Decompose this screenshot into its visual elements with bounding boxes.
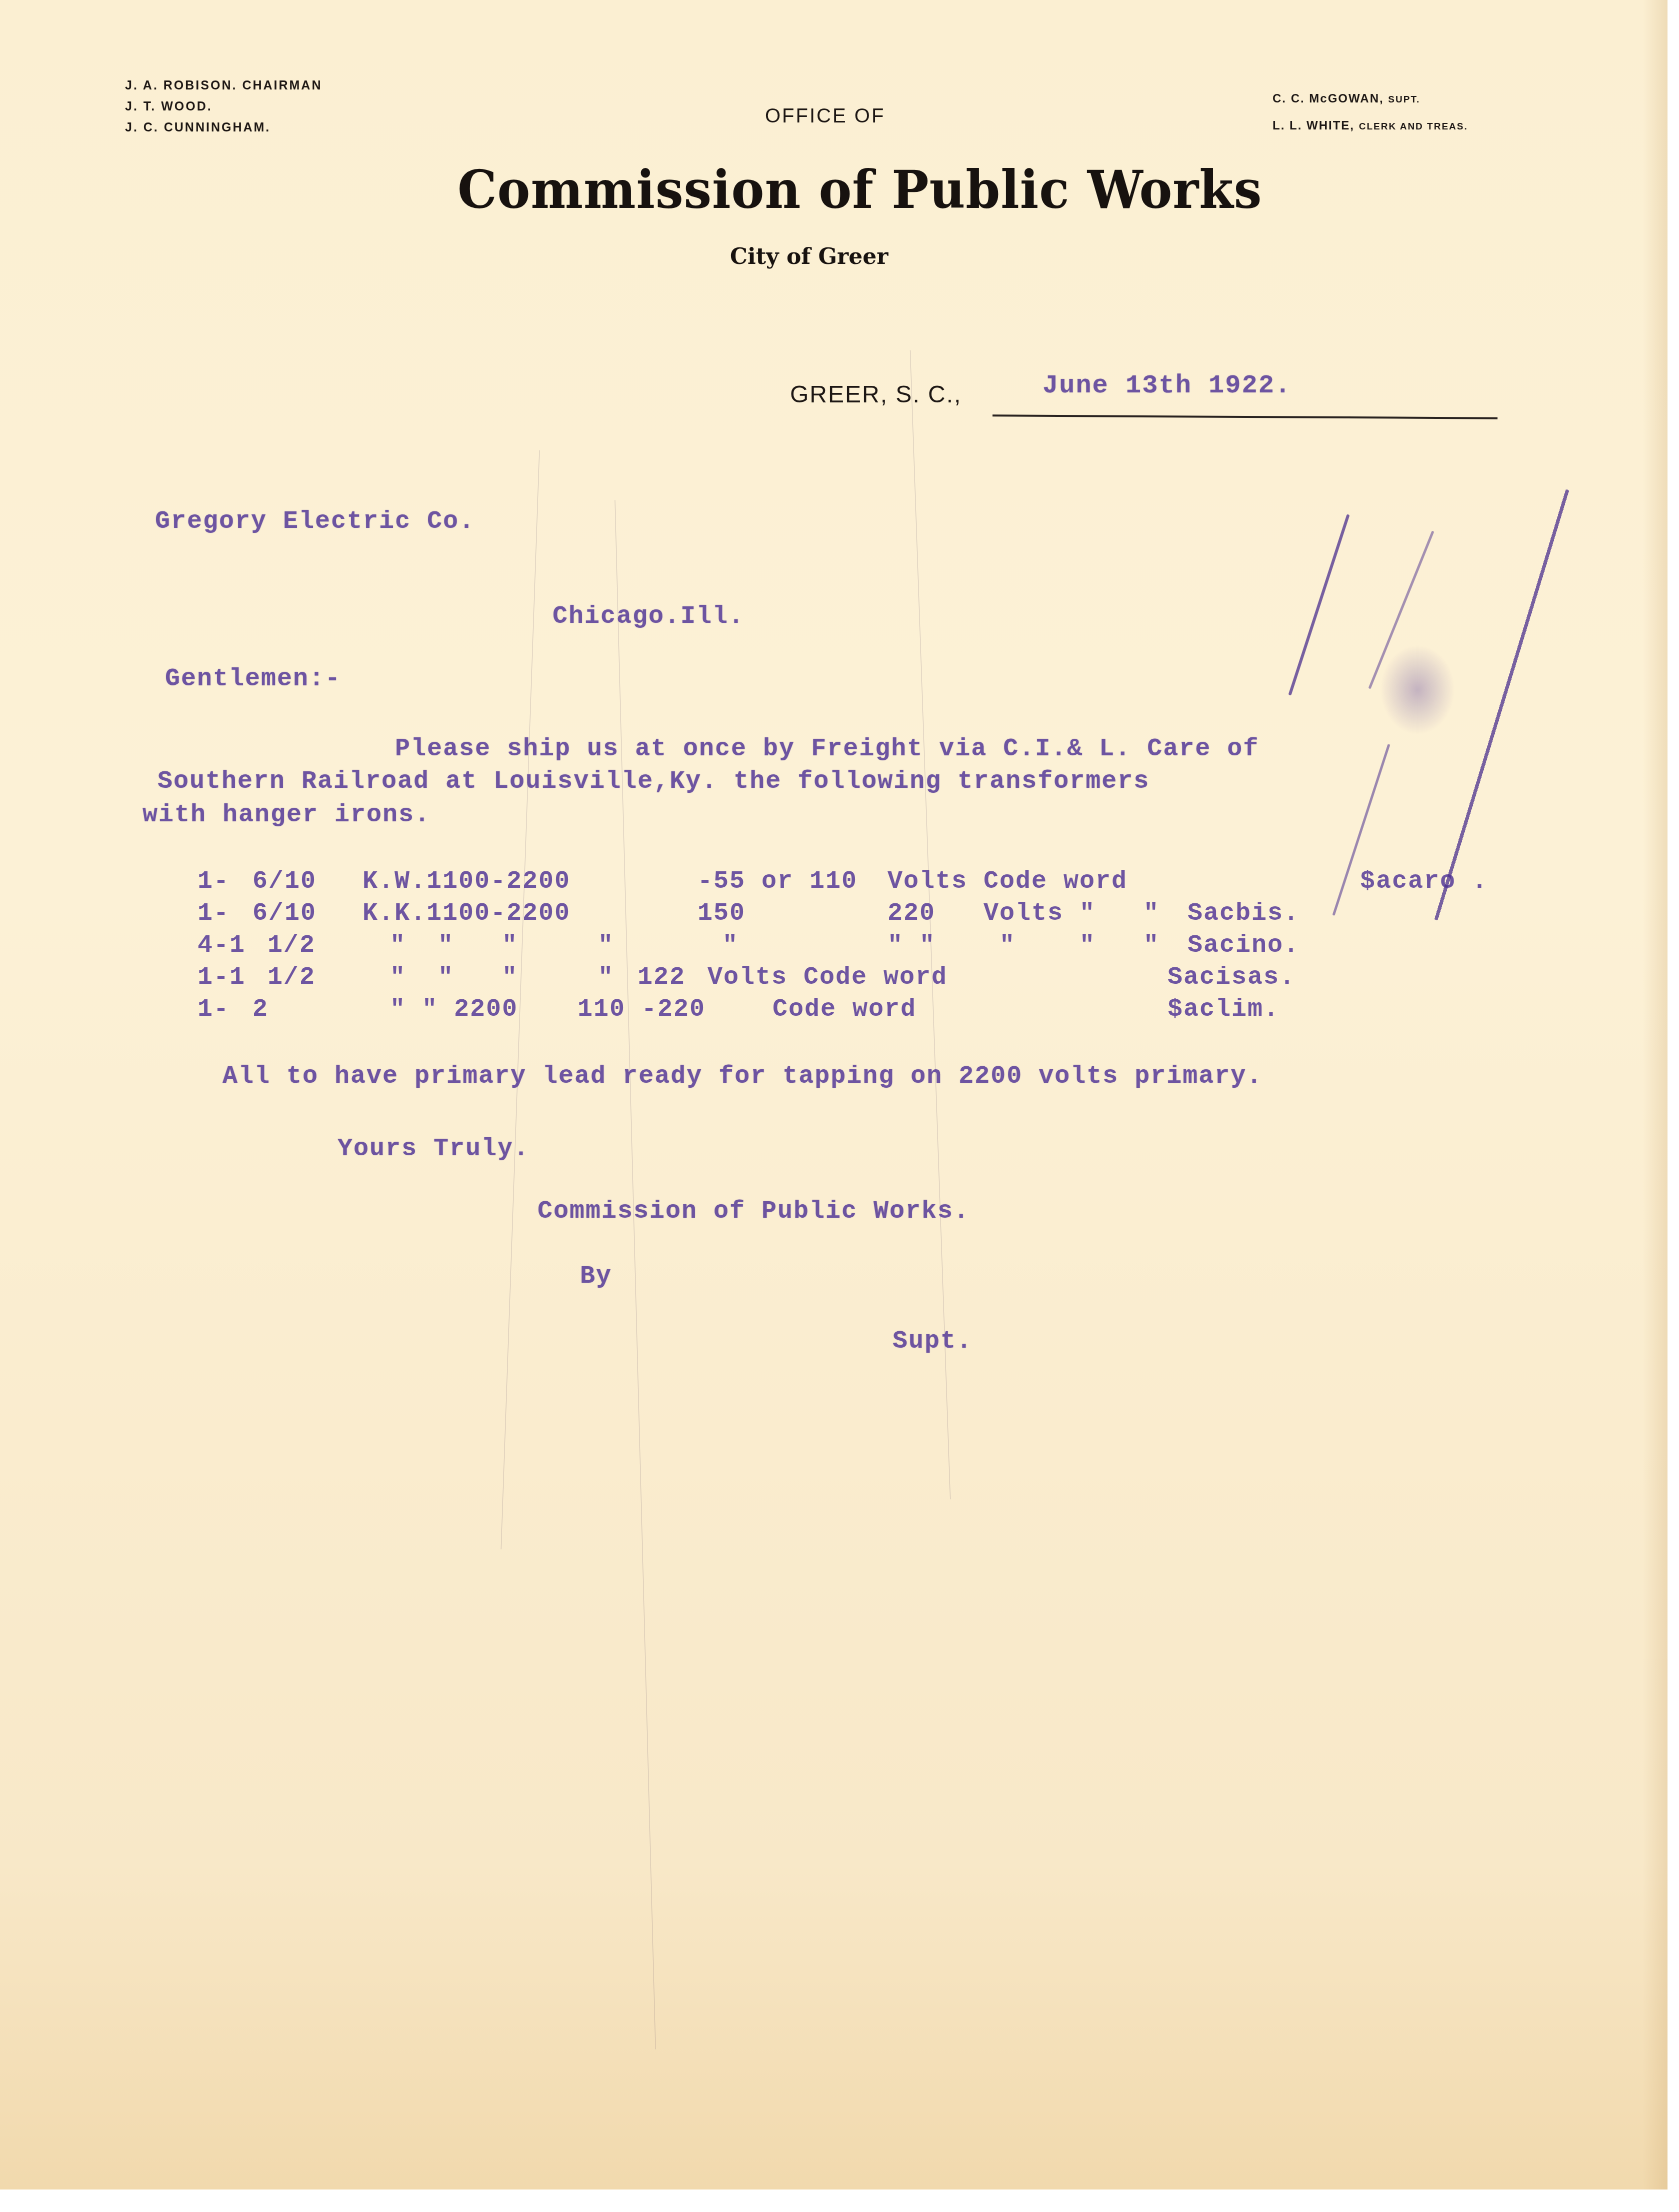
officer-role: SUPT. [1388,94,1420,105]
item-size: 1/2 [267,963,315,992]
item-volts: 110 -220 [577,995,705,1024]
item-volts: " [722,931,738,960]
item-label: Code word [772,995,916,1024]
item-size: 6/10 [252,867,316,896]
letter-date: June 13th 1922. [1042,371,1291,400]
body-line: Please ship us at once by Freight via C.… [395,735,1259,763]
pencil-mark [1434,489,1569,921]
officer-role: CLERK AND TREAS. [1359,121,1468,132]
letter-page: J. A. ROBISON. CHAIRMAN J. T. WOOD. J. C… [0,0,1667,2190]
item-qty: 4-1 [197,931,245,960]
item-code: Sacbis. [1187,899,1299,928]
commissioner-list: J. A. ROBISON. CHAIRMAN J. T. WOOD. J. C… [125,75,322,138]
recipient-name: Gregory Electric Co. [155,507,475,536]
closing: Yours Truly. [337,1135,529,1163]
transformer-item: 1-1 1/2 " " " " 122 Volts Code word Saci… [197,963,293,995]
signature-org: Commission of Public Works. [537,1197,969,1226]
officer-name: C. C. McGOWAN, [1272,92,1384,105]
item-label: 220 Volts " " [887,899,1159,928]
letterhead-title: Commission of Public Works [457,159,1262,220]
officer-row: L. L. WHITE, CLERK AND TREAS. [1272,113,1468,140]
transformer-item: 4-1 1/2 " " " " " " " " " " Sacino. [197,931,293,963]
item-volts: 122 [637,963,685,992]
officer-row: C. C. McGOWAN, SUPT. [1272,86,1468,113]
item-code: Sacisas. [1167,963,1295,992]
signature-by: By [580,1262,612,1291]
office-of-label: OFFICE OF [765,105,885,127]
pencil-mark [1288,514,1349,695]
item-label: Volts Code word [887,867,1127,896]
recipient-city: Chicago.Ill. [552,602,744,631]
item-volts: -55 or 110 [697,867,857,896]
item-qty: 1-1 [197,963,245,992]
item-code: $acaro . [1360,867,1488,896]
item-size: 1/2 [267,931,315,960]
date-underline [992,414,1497,419]
item-label: " " " " " [887,931,1159,960]
signature-title: Supt. [892,1327,972,1356]
item-volts: 150 [697,899,745,928]
paper-crease [614,500,655,2050]
item-spec: " " " " [390,931,614,960]
item-code: Sacino. [1187,931,1299,960]
instruction-note: All to have primary lead ready for tappi… [222,1062,1262,1091]
item-code: $aclim. [1167,995,1279,1024]
transformer-item: 1- 6/10 K.W.1100-2200 -55 or 110 Volts C… [197,867,293,899]
item-size: 6/10 [252,899,316,928]
transformer-item: 1- 2 " " 2200 110 -220 Code word $aclim. [197,995,293,1027]
item-label: Volts Code word [707,963,947,992]
officer-name: L. L. WHITE, [1272,119,1354,132]
item-qty: 1- [197,899,229,928]
body-line: with hanger irons. [142,801,430,829]
item-spec: " " " " [390,963,614,992]
transformer-item: 1- 6/10 K.K.1100-2200 150 220 Volts " " … [197,899,293,931]
item-size: 2 [252,995,268,1024]
item-qty: 1- [197,867,229,896]
place-label: GREER, S. C., [790,381,961,408]
item-spec: K.K.1100-2200 [362,899,570,928]
officers-list: C. C. McGOWAN, SUPT. L. L. WHITE, CLERK … [1272,86,1468,140]
body-line: Southern Railroad at Louisville,Ky. the … [157,767,1149,796]
letterhead-subtitle: City of Greer [730,244,888,269]
item-qty: 1- [197,995,229,1024]
item-spec: " " 2200 [390,995,518,1024]
item-spec: K.W.1100-2200 [362,867,570,896]
ink-smudge [1380,645,1455,735]
commissioner-name: J. C. CUNNINGHAM. [125,117,322,138]
transformer-list: 1- 6/10 K.W.1100-2200 -55 or 110 Volts C… [197,867,293,1027]
commissioner-name: J. T. WOOD. [125,96,322,117]
commissioner-name: J. A. ROBISON. CHAIRMAN [125,75,322,96]
salutation: Gentlemen:- [165,665,341,693]
